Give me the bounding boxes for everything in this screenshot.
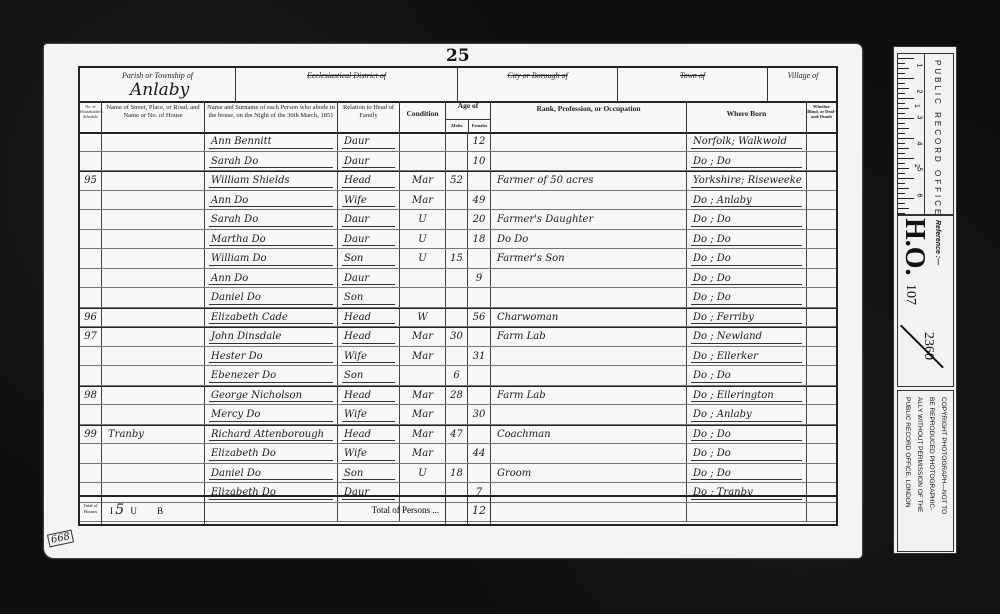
parish-value: Anlaby [130,80,189,100]
occupation-text: Farmer's Son [497,253,565,264]
person-name-cell: Mercy Do [205,405,338,425]
condition-cell: U [400,464,446,484]
ruler-tick [898,163,905,164]
occupation-cell: Farm Lab [491,386,687,406]
birthplace-cell: Do ; Anlaby [687,405,807,425]
office-title: PUBLIC RECORD OFFICE [933,60,942,217]
location-header: Parish or Township of Anlaby Ecclesiasti… [80,68,836,103]
census-row: 97John DinsdaleHeadMar30Farm LabDo ; New… [80,327,836,347]
city-label: City or Borough of [458,71,617,80]
piece-number: 2360 [920,332,936,360]
occupation-text: Do Do [497,234,528,245]
building-prefix: B [157,506,163,516]
female-age-cell [468,425,491,445]
ruler-tick [898,203,905,204]
birthplace-text: Yorkshire; Riseweeke [693,175,802,186]
person-name-text: Elizabeth Do [211,448,276,459]
condition-cell [400,366,446,386]
occupation-cell: Farm Lab [491,327,687,347]
occupation-cell [491,347,687,367]
schedule-cell [80,132,102,152]
street-cell [102,444,205,464]
female-age-text: 49 [473,195,486,206]
birthplace-text: Do ; Do [693,273,731,284]
relation-text: Head [344,429,371,440]
male-age-cell [446,210,468,230]
census-row: Ebenezer DoSon6Do ; Do [80,366,836,386]
condition-cell [400,152,446,172]
occupation-cell [491,288,687,308]
relation-cell: Wife [338,347,400,367]
birthplace-cell: Do ; Ellerington [687,386,807,406]
census-row: 98George NicholsonHeadMar28Farm LabDo ; … [80,386,836,406]
condition-cell: W [400,308,446,328]
person-name-text: Ann Do [211,195,248,206]
town-cell: Town of [618,68,768,101]
female-age-text: 12 [473,136,486,147]
blind-cell [807,347,836,367]
condition-cell: Mar [400,386,446,406]
census-row: 96Elizabeth CadeHeadW56CharwomanDo ; Fer… [80,308,836,328]
male-age-cell [446,191,468,211]
birthplace-cell: Do ; Do [687,210,807,230]
relation-text: Son [344,292,363,303]
street-cell [102,405,205,425]
person-name-cell: William Do [205,249,338,269]
ruler-tick [898,63,905,64]
schedule-cell [80,444,102,464]
col-males: Males [446,119,469,133]
ruler-number: 5 [915,168,922,172]
birthplace-cell: Norfolk; Walkwold [687,132,807,152]
blind-cell [807,444,836,464]
schedule-cell [80,230,102,250]
male-age-cell: 15 [446,249,468,269]
col-street: Name of Street, Place, or Road, and Name… [102,101,205,132]
birthplace-cell: Do ; Do [687,444,807,464]
ruler-tick [898,58,914,59]
ruler-inch-mark: 1 [913,104,920,108]
relation-cell: Wife [338,405,400,425]
female-age-cell [468,464,491,484]
street-cell [102,464,205,484]
birthplace-text: Do ; Ellerington [693,390,774,401]
male-age-cell [446,152,468,172]
ruler-tick [898,138,914,139]
schedule-cell: 95 [80,171,102,191]
census-row: Daniel DoSonU18GroomDo ; Do [80,464,836,484]
condition-cell: U [400,230,446,250]
schedule-cell [80,347,102,367]
ruler-tick [898,73,905,74]
blind-cell [807,269,836,289]
male-age-cell [446,308,468,328]
ruler-tick [898,188,909,189]
person-name-cell: Ann Bennitt [205,132,338,152]
schedule-cell [80,191,102,211]
occupation-text: Farm Lab [497,331,546,342]
condition-text: U [418,468,426,479]
ruler-tick [898,193,905,194]
totals-row: Total of Houses I 5 U B Total of Persons… [80,495,836,524]
blind-cell [807,152,836,172]
birthplace-cell: Do ; Do [687,288,807,308]
relation-text: Head [344,175,371,186]
occupation-cell: Farmer of 50 acres [491,171,687,191]
occupation-text: Groom [497,468,531,479]
ruler-tick [898,108,909,109]
occupation-cell [491,444,687,464]
condition-cell: Mar [400,444,446,464]
male-age-cell: 18 [446,464,468,484]
relation-cell: Daur [338,210,400,230]
census-row: Ann DoDaur9Do ; Do [80,269,836,289]
person-name-text: Hester Do [211,351,263,362]
parish-label: Parish or Township of [80,71,235,80]
ruler-tick [898,208,909,209]
male-age-text: 6 [453,370,459,381]
ruler-tick [898,123,905,124]
household-divider [80,327,836,328]
birthplace-cell: Do ; Do [687,152,807,172]
schedule-cell [80,152,102,172]
census-form: Parish or Township of Anlaby Ecclesiasti… [78,66,838,526]
street-cell [102,249,205,269]
ruler-tick [898,88,909,89]
blind-cell [807,425,836,445]
relation-text: Daur [344,273,369,284]
female-age-cell [468,366,491,386]
male-age-cell: 30 [446,327,468,347]
birthplace-cell: Do ; Do [687,230,807,250]
occupation-cell [491,366,687,386]
relation-cell: Head [338,308,400,328]
female-age-text: 31 [473,351,486,362]
person-name-text: Martha Do [211,234,266,245]
relation-cell: Daur [338,132,400,152]
female-age-text: 56 [473,312,486,323]
schedule-cell [80,366,102,386]
copyright-line-2: BE REPRODUCED PHOTOGRAPHIC- [925,397,937,514]
inhabited-prefix: I [110,506,113,516]
person-name-text: George Nicholson [211,390,302,401]
male-age-cell [446,288,468,308]
male-age-text: 15 [450,253,463,264]
relation-cell: Daur [338,269,400,289]
person-name-text: John Dinsdale [211,331,281,342]
birthplace-text: Do ; Ellerker [693,351,758,362]
street-cell [102,171,205,191]
reference-label: Reference :— [934,220,941,265]
birthplace-cell: Do ; Do [687,269,807,289]
col-age: Age of Males Females [446,101,491,132]
person-name-cell: Sarah Do [205,152,338,172]
birthplace-text: Do ; Ferriby [693,312,754,323]
uninhabited-prefix: U [130,506,137,516]
census-row: William DoSonU15Farmer's SonDo ; Do [80,249,836,269]
birthplace-text: Do ; Do [693,156,731,167]
female-age-cell: 12 [468,132,491,152]
ruler-scale: 12123456 [897,53,925,215]
birthplace-cell: Yorkshire; Riseweeke [687,171,807,191]
condition-cell: U [400,249,446,269]
schedule-cell [80,464,102,484]
relation-cell: Wife [338,191,400,211]
ruler-tick [898,158,914,159]
birthplace-cell: Do ; Do [687,366,807,386]
male-age-text: 18 [450,468,463,479]
ruler-tick [898,128,909,129]
person-name-cell: John Dinsdale [205,327,338,347]
schedule-cell [80,269,102,289]
city-cell: City or Borough of [458,68,618,101]
census-row: Martha DoDaurU18Do DoDo ; Do [80,230,836,250]
ruler-number: 2 [915,90,922,94]
relation-cell: Head [338,425,400,445]
birthplace-text: Do ; Do [693,448,731,459]
birthplace-text: Do ; Anlaby [693,195,752,206]
schedule-cell [80,405,102,425]
ruler-tick [898,173,905,174]
condition-cell: Mar [400,327,446,347]
birthplace-text: Do ; Do [693,214,731,225]
ruler-tick [898,103,905,104]
relation-text: Son [344,370,363,381]
census-row: 99TranbyRichard AttenboroughHeadMar47Coa… [80,425,836,445]
blind-cell [807,132,836,152]
person-name-cell: Ann Do [205,269,338,289]
ruler-tick [898,93,905,94]
ruler-tick [898,143,905,144]
household-divider [80,171,836,172]
birthplace-text: Do ; Do [693,234,731,245]
male-age-text: 47 [450,429,463,440]
relation-text: Daur [344,136,369,147]
relation-text: Wife [344,448,367,459]
ecclesiastical-label: Ecclesiastical District of [236,71,457,80]
relation-text: Daur [344,156,369,167]
col-age-label: Age of [446,102,490,110]
blind-cell [807,191,836,211]
person-name-cell: Hester Do [205,347,338,367]
schedule-text: 99 [84,429,97,440]
occupation-text: Farmer of 50 acres [497,175,594,186]
copyright-line-1: COPYRIGHT PHOTOGRAPH—NOT TO [937,397,949,514]
occupation-cell: Charwoman [491,308,687,328]
female-age-cell: 9 [468,269,491,289]
relation-text: Wife [344,195,367,206]
relation-text: Wife [344,409,367,420]
person-name-text: Elizabeth Cade [211,312,288,323]
person-name-text: Sarah Do [211,214,258,225]
condition-text: Mar [412,195,433,206]
occupation-text: Coachman [497,429,551,440]
ruler-tick [898,183,905,184]
male-age-cell [446,269,468,289]
condition-text: Mar [412,331,433,342]
relation-cell: Head [338,386,400,406]
public-record-office-strip: 12123456 PUBLIC RECORD OFFICE H.O. Refer… [893,46,957,554]
condition-cell [400,269,446,289]
ecclesiastical-cell: Ecclesiastical District of [236,68,458,101]
condition-text: Mar [412,409,433,420]
birthplace-cell: Do ; Do [687,464,807,484]
relation-cell: Son [338,366,400,386]
person-name-text: Mercy Do [211,409,260,420]
female-age-cell: 49 [468,191,491,211]
female-age-cell: 31 [468,347,491,367]
street-cell [102,288,205,308]
female-age-text: 30 [473,409,486,420]
person-name-cell: Daniel Do [205,464,338,484]
person-name-text: Ann Bennitt [211,136,272,147]
relation-cell: Head [338,171,400,191]
schedule-text: 95 [84,175,97,186]
ruler-tick [898,78,914,79]
blind-cell [807,249,836,269]
blind-cell [807,171,836,191]
condition-cell: Mar [400,191,446,211]
village-cell: Village of [768,68,838,101]
condition-text: U [418,234,426,245]
occupation-cell: Groom [491,464,687,484]
male-age-cell: 28 [446,386,468,406]
condition-text: W [417,312,427,323]
street-cell [102,152,205,172]
street-cell [102,269,205,289]
female-age-cell: 44 [468,444,491,464]
houses-label: Total of Houses [80,497,102,524]
male-age-cell [446,347,468,367]
female-age-cell: 20 [468,210,491,230]
ruler-number: 3 [915,116,922,120]
birthplace-text: Do ; Do [693,292,731,303]
street-cell [102,230,205,250]
copyright-box: COPYRIGHT PHOTOGRAPH—NOT TO BE REPRODUCE… [897,390,954,552]
person-name-text: Ebenezer Do [211,370,276,381]
female-age-cell [468,171,491,191]
town-label: Town of [618,71,767,80]
person-name-cell: George Nicholson [205,386,338,406]
ruler-tick [898,213,905,214]
inhabited-count: 5 [115,502,124,518]
person-name-cell: Sarah Do [205,210,338,230]
relation-text: Son [344,253,363,264]
relation-text: Daur [344,214,369,225]
relation-cell: Wife [338,444,400,464]
copyright-line-4: PUBLIC RECORD OFFICE, LONDON [901,397,913,514]
copyright-text: COPYRIGHT PHOTOGRAPH—NOT TO BE REPRODUCE… [901,397,949,514]
condition-text: Mar [412,390,433,401]
ruler-number: 6 [915,194,922,198]
birthplace-cell: Do ; Ellerker [687,347,807,367]
ruler-tick [898,133,905,134]
condition-text: Mar [412,448,433,459]
birthplace-text: Norfolk; Walkwold [693,136,787,147]
occupation-cell: Farmer's Son [491,249,687,269]
male-age-text: 28 [450,390,463,401]
ruler-tick [898,198,914,199]
col-condition: Condition [400,101,446,132]
person-name-cell: Elizabeth Cade [205,308,338,328]
female-age-text: 44 [473,448,486,459]
col-females: Females [468,119,491,133]
condition-cell: Mar [400,425,446,445]
females-total: 12 [468,497,491,524]
ruler-tick [898,168,909,169]
ruler-tick [898,178,914,179]
male-age-cell: 47 [446,425,468,445]
census-row: Daniel DoSonDo ; Do [80,288,836,308]
relation-cell: Son [338,464,400,484]
blind-cell [807,308,836,328]
census-row: 95William ShieldsHeadMar52Farmer of 50 a… [80,171,836,191]
birthplace-cell: Do ; Do [687,425,807,445]
relation-text: Head [344,331,371,342]
female-age-cell [468,327,491,347]
persons-label: Total of Persons ... [205,497,446,524]
ruler-tick [898,98,914,99]
col-blind: Whether Blind, or Deaf-and-Dumb [807,101,836,132]
blind-cell [807,230,836,250]
male-age-cell: 6 [446,366,468,386]
street-cell [102,210,205,230]
office-title-box: PUBLIC RECORD OFFICE [924,53,954,215]
person-name-cell: Ebenezer Do [205,366,338,386]
piece-class: 107 [902,284,918,305]
relation-cell: Daur [338,230,400,250]
male-age-text: 52 [450,175,463,186]
column-headers: No. of Householder's Schedule Name of St… [80,101,836,134]
condition-cell: Mar [400,347,446,367]
female-age-cell: 18 [468,230,491,250]
condition-text: Mar [412,429,433,440]
occupation-text: Charwoman [497,312,558,323]
ruler-tick [898,68,909,69]
condition-cell: Mar [400,171,446,191]
person-name-text: Richard Attenborough [211,429,324,440]
condition-cell: Mar [400,405,446,425]
relation-cell: Son [338,288,400,308]
person-name-text: Daniel Do [211,292,261,303]
condition-cell [400,288,446,308]
condition-text: Mar [412,175,433,186]
schedule-cell: 98 [80,386,102,406]
occupation-cell [491,132,687,152]
condition-text: U [418,253,426,264]
schedule-cell: 97 [80,327,102,347]
houses-totals: I 5 U B [102,497,205,524]
relation-text: Head [344,390,371,401]
street-cell [102,132,205,152]
person-name-cell: Elizabeth Do [205,444,338,464]
schedule-cell [80,249,102,269]
person-name-cell: Ann Do [205,191,338,211]
female-age-cell: 10 [468,152,491,172]
ruler-tick [898,153,905,154]
relation-cell: Daur [338,152,400,172]
ruler-tick [898,83,905,84]
street-cell [102,347,205,367]
person-name-cell: William Shields [205,171,338,191]
person-name-text: William Shields [211,175,290,186]
female-age-cell [468,249,491,269]
occupation-text: Farm Lab [497,390,546,401]
relation-text: Daur [344,234,369,245]
schedule-cell [80,288,102,308]
female-age-cell [468,386,491,406]
census-row: Elizabeth DoWifeMar44Do ; Do [80,444,836,464]
